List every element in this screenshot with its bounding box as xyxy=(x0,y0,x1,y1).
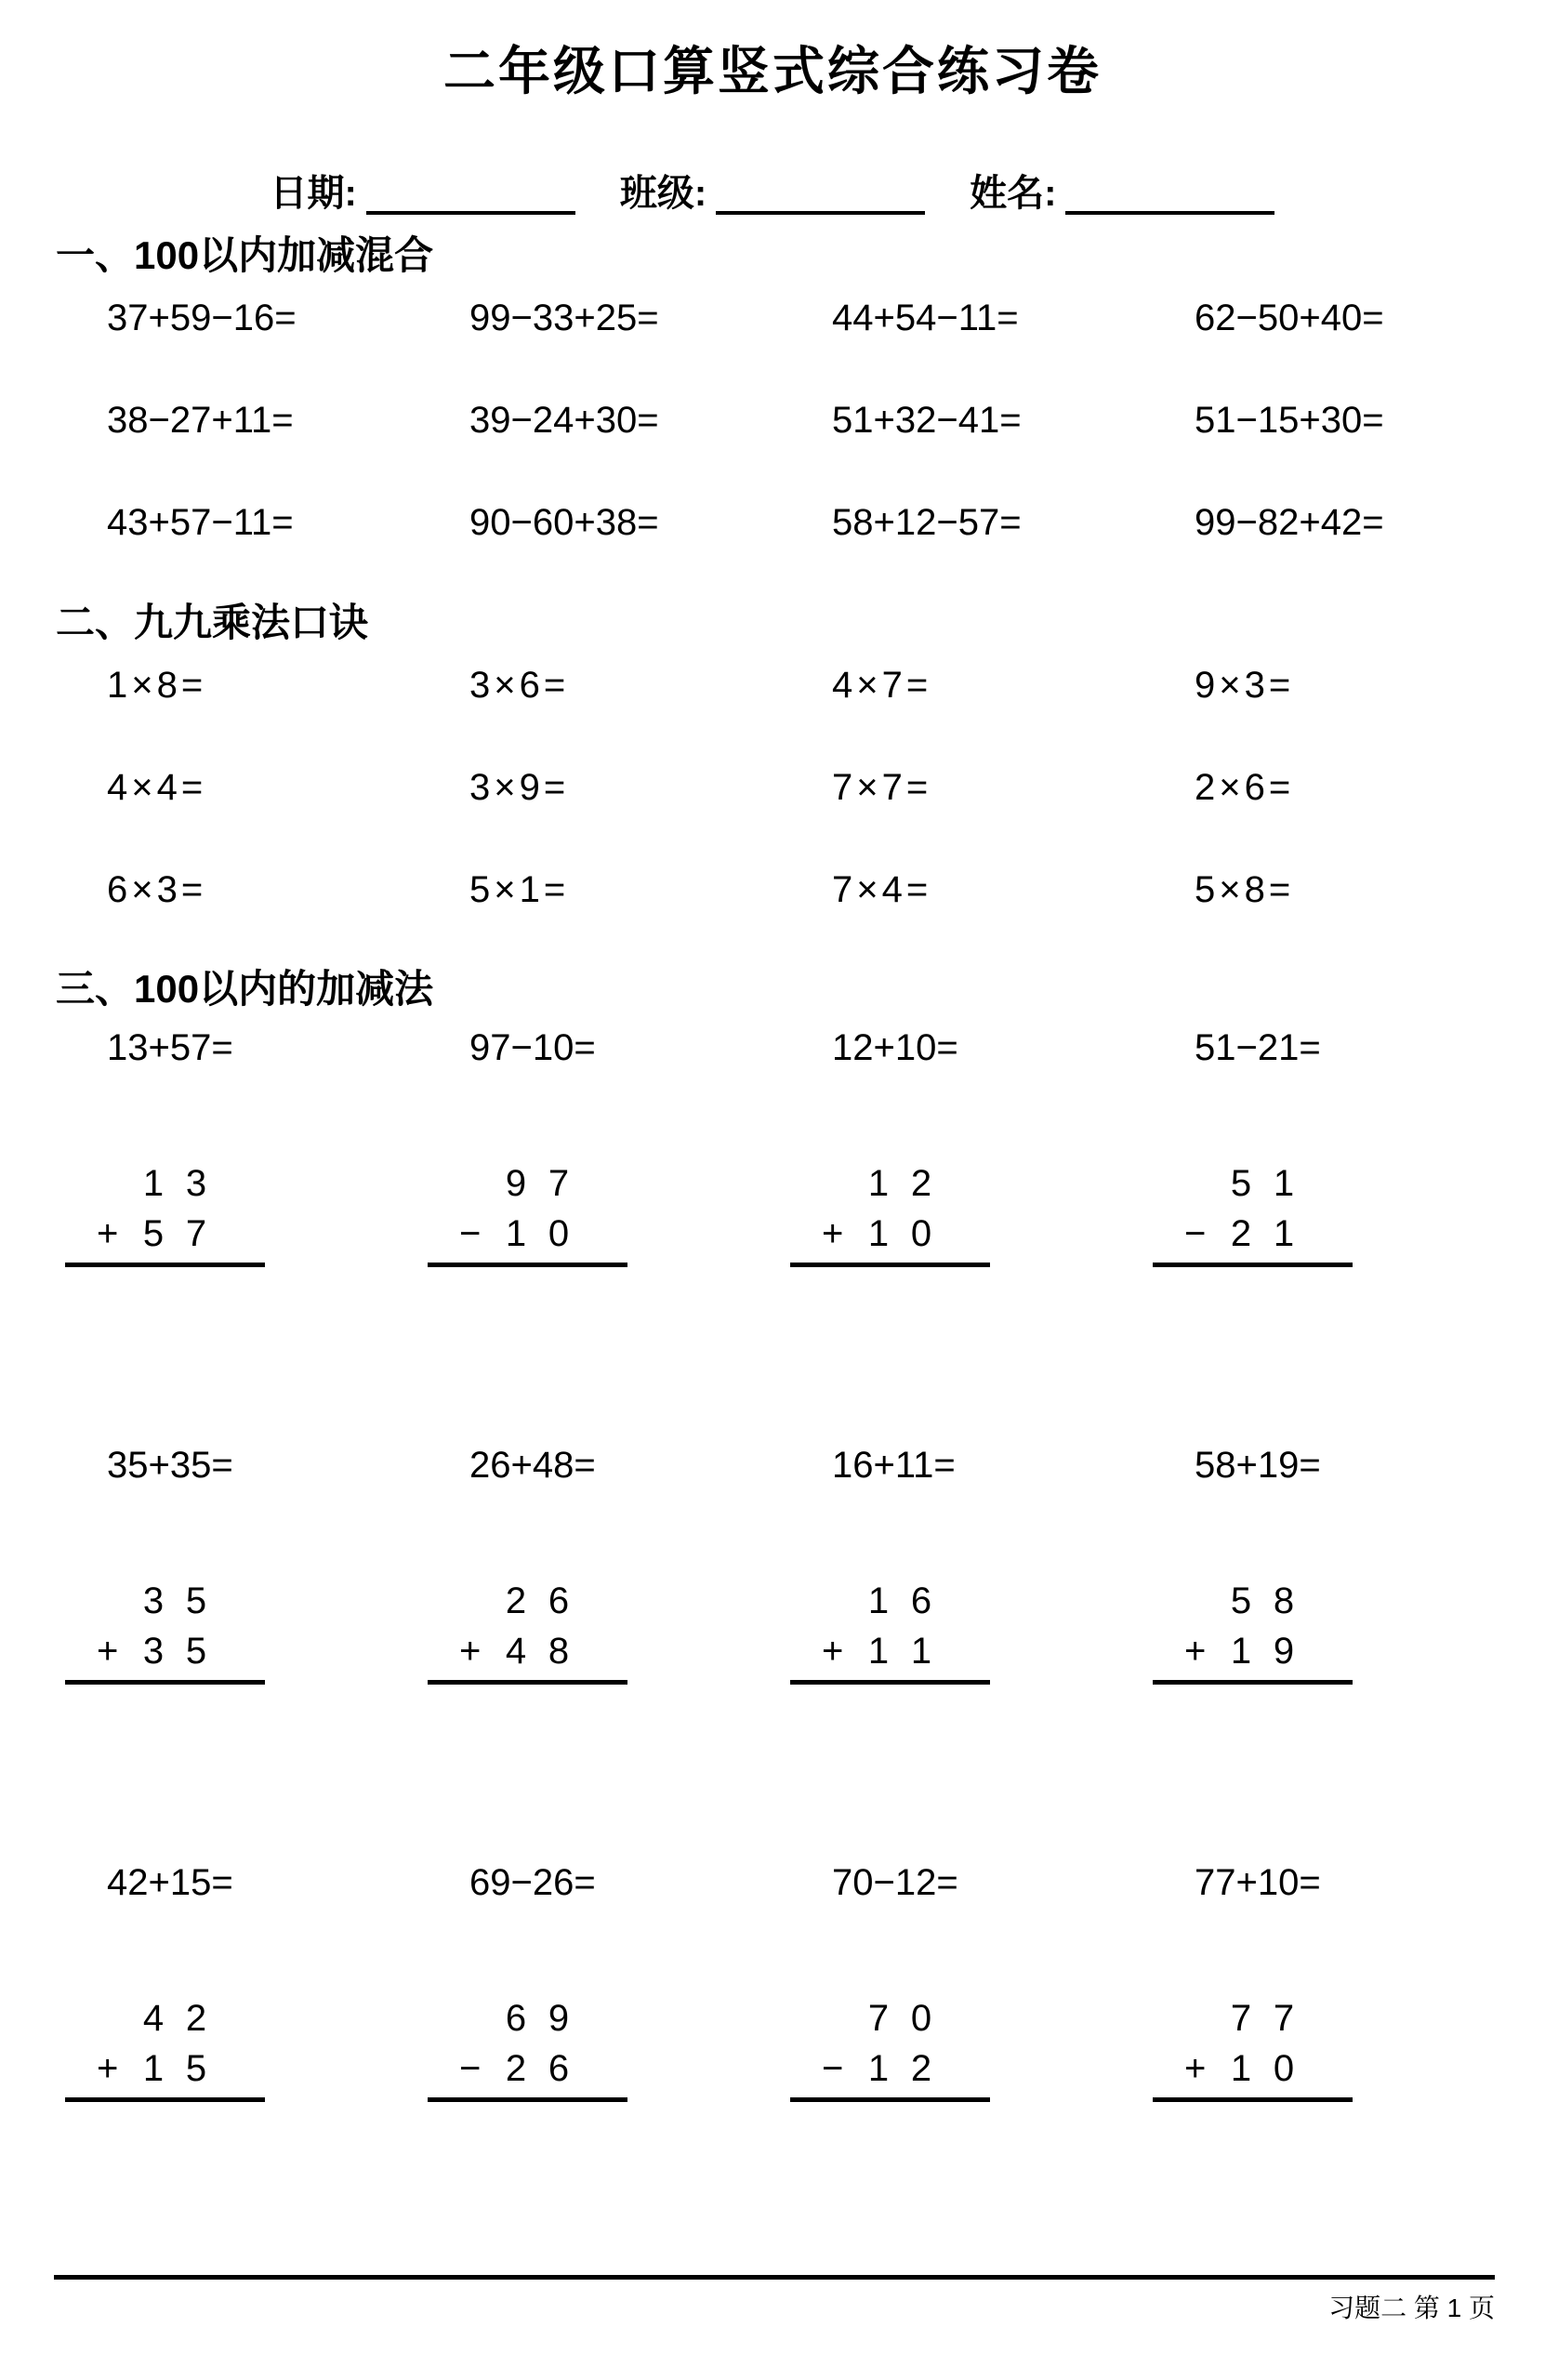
problem: 5×1= xyxy=(418,868,781,911)
vform-underline xyxy=(428,2097,627,2102)
problem: 77+10= xyxy=(1143,1861,1506,1904)
vform-bottom-row: + 4 8 xyxy=(428,1626,781,1676)
vform-digit: 1 xyxy=(857,1576,900,1626)
vform-underline xyxy=(1153,1263,1353,1267)
vform-digit: 5 xyxy=(175,1626,218,1676)
vform-digit: 6 xyxy=(537,1576,580,1626)
section-3-group-2-problems: 35+35= 26+48= 16+11= 58+19= xyxy=(56,1444,1506,1487)
vform-operator: + xyxy=(428,1626,495,1676)
vform-bottom-row: + 1 5 xyxy=(65,2043,418,2094)
vform-digit: 1 xyxy=(132,1158,175,1209)
problem: 58+19= xyxy=(1143,1444,1506,1487)
vform-bottom-row: + 1 0 xyxy=(790,1209,1143,1259)
section-1-row-3: 43+57−11= 90−60+38= 58+12−57= 99−82+42= xyxy=(56,501,1506,544)
vform-digit: 2 xyxy=(495,2043,537,2094)
vform-digit: 6 xyxy=(495,1993,537,2043)
vform-digit: 3 xyxy=(175,1158,218,1209)
vform-operator: + xyxy=(65,2043,132,2094)
problem: 43+57−11= xyxy=(56,501,418,544)
vertical-form: 7 0 − 1 2 xyxy=(781,1993,1143,2102)
vform-underline xyxy=(65,1263,265,1267)
vform-top-row: 3 5 xyxy=(65,1576,418,1626)
problem: 90−60+38= xyxy=(418,501,781,544)
vertical-form: 4 2 + 1 5 xyxy=(56,1993,418,2102)
problem: 3×6= xyxy=(418,664,781,707)
vform-bottom-row: + 1 9 xyxy=(1153,1626,1506,1676)
vform-bottom-row: − 2 1 xyxy=(1153,1209,1506,1259)
vform-op-spacer xyxy=(790,1158,857,1209)
vform-underline xyxy=(428,1680,627,1685)
problem: 4×7= xyxy=(781,664,1143,707)
date-blank xyxy=(366,174,575,215)
problem: 9×3= xyxy=(1143,664,1506,707)
section-3-group-3-vforms: 4 2 + 1 5 6 9 − 2 6 xyxy=(56,1993,1506,2102)
vform-digit: 4 xyxy=(132,1993,175,2043)
section-2-row-3: 6×3= 5×1= 7×4= 5×8= xyxy=(56,868,1506,911)
problem: 51−15+30= xyxy=(1143,399,1506,442)
vform-bottom-row: − 1 2 xyxy=(790,2043,1143,2094)
vform-operator: − xyxy=(790,2043,857,2094)
vform-operator: − xyxy=(1153,1209,1220,1259)
date-label: 日期: xyxy=(271,172,357,215)
problem: 4×4= xyxy=(56,766,418,809)
section-2-row-1: 1×8= 3×6= 4×7= 9×3= xyxy=(56,664,1506,707)
vform-digit: 9 xyxy=(495,1158,537,1209)
problem: 7×7= xyxy=(781,766,1143,809)
problem: 39−24+30= xyxy=(418,399,781,442)
vform-digit: 7 xyxy=(857,1993,900,2043)
vform-digit: 3 xyxy=(132,1626,175,1676)
vform-digit: 8 xyxy=(1262,1576,1305,1626)
section-1-row-2: 38−27+11= 39−24+30= 51+32−41= 51−15+30= xyxy=(56,399,1506,442)
vform-op-spacer xyxy=(428,1158,495,1209)
worksheet-page: 二年级口算竖式综合练习卷 日期: 班级: 姓名: 一、100以内加减混合 37+… xyxy=(0,0,1545,2380)
problem: 13+57= xyxy=(56,1026,418,1069)
vform-digit: 2 xyxy=(900,2043,943,2094)
vform-digit: 6 xyxy=(900,1576,943,1626)
vform-digit: 1 xyxy=(857,1158,900,1209)
vform-bottom-row: + 3 5 xyxy=(65,1626,418,1676)
vform-digit: 2 xyxy=(1220,1209,1262,1259)
vform-digit: 1 xyxy=(132,2043,175,2094)
page-title: 二年级口算竖式综合练习卷 xyxy=(0,0,1545,101)
vform-top-row: 1 3 xyxy=(65,1158,418,1209)
problem: 51−21= xyxy=(1143,1026,1506,1069)
vertical-form: 5 1 − 2 1 xyxy=(1143,1158,1506,1267)
problem: 58+12−57= xyxy=(781,501,1143,544)
vform-operator: + xyxy=(65,1626,132,1676)
vform-underline xyxy=(428,1263,627,1267)
vform-top-row: 1 2 xyxy=(790,1158,1143,1209)
vform-operator: + xyxy=(790,1209,857,1259)
problem: 97−10= xyxy=(418,1026,781,1069)
vform-underline xyxy=(65,1680,265,1685)
vform-top-row: 4 2 xyxy=(65,1993,418,2043)
vform-top-row: 2 6 xyxy=(428,1576,781,1626)
vform-operator: + xyxy=(1153,1626,1220,1676)
vform-digit: 4 xyxy=(495,1626,537,1676)
vform-underline xyxy=(65,2097,265,2102)
problem: 3×9= xyxy=(418,766,781,809)
vform-underline xyxy=(1153,1680,1353,1685)
vform-top-row: 5 1 xyxy=(1153,1158,1506,1209)
vform-op-spacer xyxy=(1153,1993,1220,2043)
vform-underline xyxy=(790,1680,990,1685)
vertical-form: 7 7 + 1 0 xyxy=(1143,1993,1506,2102)
vform-op-spacer xyxy=(65,1993,132,2043)
vform-top-row: 9 7 xyxy=(428,1158,781,1209)
vform-digit: 1 xyxy=(1262,1209,1305,1259)
vform-digit: 7 xyxy=(537,1158,580,1209)
vform-bottom-row: + 5 7 xyxy=(65,1209,418,1259)
vform-digit: 1 xyxy=(1220,2043,1262,2094)
vform-digit: 5 xyxy=(175,1576,218,1626)
vform-bottom-row: + 1 0 xyxy=(1153,2043,1506,2094)
footer-divider xyxy=(54,2275,1495,2280)
page-number: 习题二 第 1 页 xyxy=(1328,2293,1495,2324)
vform-digit: 1 xyxy=(857,1626,900,1676)
vform-digit: 7 xyxy=(175,1209,218,1259)
vform-digit: 2 xyxy=(495,1576,537,1626)
vform-underline xyxy=(790,1263,990,1267)
vertical-form: 1 6 + 1 1 xyxy=(781,1576,1143,1685)
problem: 6×3= xyxy=(56,868,418,911)
vform-top-row: 7 0 xyxy=(790,1993,1143,2043)
vform-digit: 0 xyxy=(1262,2043,1305,2094)
vform-digit: 6 xyxy=(537,2043,580,2094)
name-label: 姓名: xyxy=(970,172,1056,215)
vform-op-spacer xyxy=(1153,1158,1220,1209)
name-blank xyxy=(1065,174,1274,215)
vform-underline xyxy=(790,2097,990,2102)
vform-digit: 1 xyxy=(857,2043,900,2094)
problem: 2×6= xyxy=(1143,766,1506,809)
vform-operator: − xyxy=(428,1209,495,1259)
section-3-group-1-vforms: 1 3 + 5 7 9 7 − 1 0 xyxy=(56,1158,1506,1267)
problem: 42+15= xyxy=(56,1861,418,1904)
vform-top-row: 7 7 xyxy=(1153,1993,1506,2043)
vform-op-spacer xyxy=(65,1576,132,1626)
vform-operator: + xyxy=(790,1626,857,1676)
vform-digit: 3 xyxy=(132,1576,175,1626)
class-blank xyxy=(716,174,925,215)
vform-digit: 5 xyxy=(132,1209,175,1259)
section-2-row-2: 4×4= 3×9= 7×7= 2×6= xyxy=(56,766,1506,809)
vform-digit: 0 xyxy=(900,1993,943,2043)
problem: 5×8= xyxy=(1143,868,1506,911)
vform-bottom-row: − 2 6 xyxy=(428,2043,781,2094)
vform-bottom-row: + 1 1 xyxy=(790,1626,1143,1676)
vform-digit: 0 xyxy=(900,1209,943,1259)
vertical-form: 3 5 + 3 5 xyxy=(56,1576,418,1685)
vertical-form: 5 8 + 1 9 xyxy=(1143,1576,1506,1685)
vform-digit: 8 xyxy=(537,1626,580,1676)
section-2-heading: 二、九九乘法口诀 xyxy=(56,601,1545,645)
vertical-form: 2 6 + 4 8 xyxy=(418,1576,781,1685)
vertical-form: 1 3 + 5 7 xyxy=(56,1158,418,1267)
vform-digit: 1 xyxy=(495,1209,537,1259)
vform-digit: 1 xyxy=(1220,1626,1262,1676)
problem: 38−27+11= xyxy=(56,399,418,442)
vform-digit: 1 xyxy=(900,1626,943,1676)
vform-digit: 2 xyxy=(175,1993,218,2043)
problem: 99−82+42= xyxy=(1143,501,1506,544)
problem: 35+35= xyxy=(56,1444,418,1487)
vform-digit: 1 xyxy=(1262,1158,1305,1209)
vform-digit: 5 xyxy=(1220,1158,1262,1209)
vform-op-spacer xyxy=(428,1576,495,1626)
problem: 99−33+25= xyxy=(418,297,781,339)
vform-operator: − xyxy=(428,2043,495,2094)
problem: 7×4= xyxy=(781,868,1143,911)
section-3-group-1-problems: 13+57= 97−10= 12+10= 51−21= xyxy=(56,1026,1506,1069)
vform-bottom-row: − 1 0 xyxy=(428,1209,781,1259)
problem: 26+48= xyxy=(418,1444,781,1487)
vform-digit: 9 xyxy=(1262,1626,1305,1676)
problem: 70−12= xyxy=(781,1861,1143,1904)
vform-digit: 7 xyxy=(1220,1993,1262,2043)
problem: 37+59−16= xyxy=(56,297,418,339)
vform-digit: 7 xyxy=(1262,1993,1305,2043)
vform-top-row: 6 9 xyxy=(428,1993,781,2043)
vform-digit: 5 xyxy=(175,2043,218,2094)
section-3-heading: 三、100以内的加减法 xyxy=(56,967,1545,1011)
problem: 12+10= xyxy=(781,1026,1143,1069)
section-3-group-3-problems: 42+15= 69−26= 70−12= 77+10= xyxy=(56,1861,1506,1904)
info-line: 日期: 班级: 姓名: xyxy=(0,172,1545,215)
vertical-form: 1 2 + 1 0 xyxy=(781,1158,1143,1267)
vform-op-spacer xyxy=(790,1993,857,2043)
vform-op-spacer xyxy=(790,1576,857,1626)
vform-operator: + xyxy=(65,1209,132,1259)
problem: 62−50+40= xyxy=(1143,297,1506,339)
problem: 51+32−41= xyxy=(781,399,1143,442)
vform-digit: 1 xyxy=(857,1209,900,1259)
vform-digit: 9 xyxy=(537,1993,580,2043)
vertical-form: 9 7 − 1 0 xyxy=(418,1158,781,1267)
vform-operator: + xyxy=(1153,2043,1220,2094)
vform-op-spacer xyxy=(428,1993,495,2043)
vform-digit: 5 xyxy=(1220,1576,1262,1626)
vform-underline xyxy=(1153,2097,1353,2102)
vform-op-spacer xyxy=(65,1158,132,1209)
problem: 44+54−11= xyxy=(781,297,1143,339)
problem: 16+11= xyxy=(781,1444,1143,1487)
vform-digit: 0 xyxy=(537,1209,580,1259)
vform-top-row: 1 6 xyxy=(790,1576,1143,1626)
vertical-form: 6 9 − 2 6 xyxy=(418,1993,781,2102)
vform-op-spacer xyxy=(1153,1576,1220,1626)
problem: 1×8= xyxy=(56,664,418,707)
vform-digit: 2 xyxy=(900,1158,943,1209)
vform-top-row: 5 8 xyxy=(1153,1576,1506,1626)
section-1-heading: 一、100以内加减混合 xyxy=(56,233,1545,278)
problem: 69−26= xyxy=(418,1861,781,1904)
class-label: 班级: xyxy=(620,172,706,215)
section-3-group-2-vforms: 3 5 + 3 5 2 6 + 4 8 xyxy=(56,1576,1506,1685)
section-1-row-1: 37+59−16= 99−33+25= 44+54−11= 62−50+40= xyxy=(56,297,1506,339)
